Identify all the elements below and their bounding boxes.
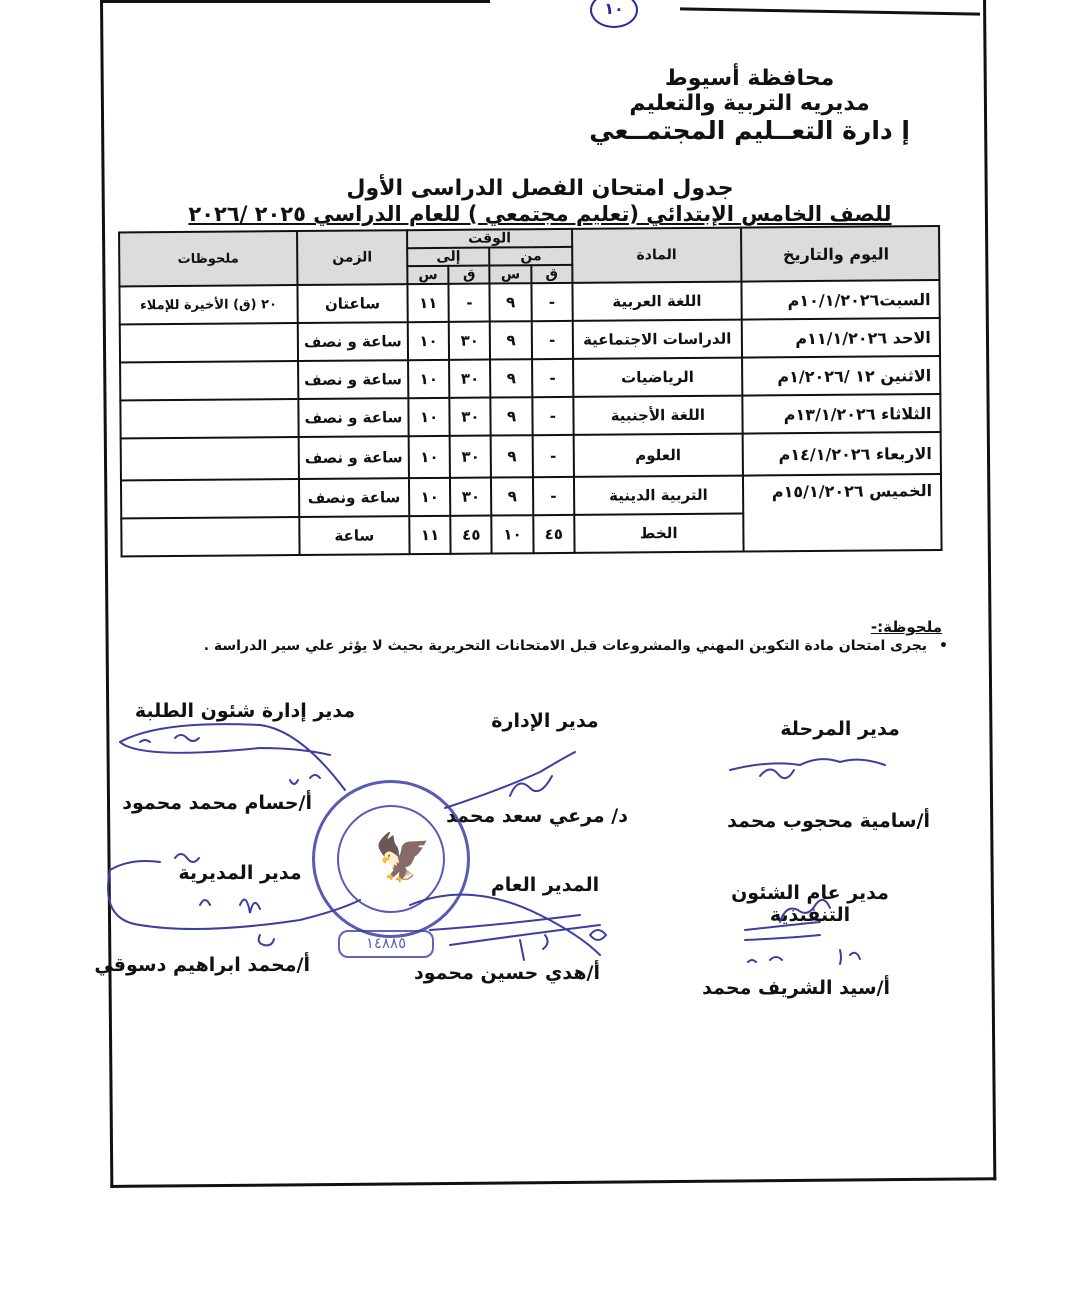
header-time: الوقت	[407, 229, 572, 248]
subject: اللغة العربية	[572, 282, 741, 321]
from-hour: ٩	[490, 321, 532, 359]
to-minute: ٣٠	[449, 360, 491, 398]
signature-directorate-director: مدير المديرية أ/محمد ابراهيم دسوقي	[170, 862, 310, 884]
signature-role: المدير العام	[480, 874, 610, 896]
signature-admin-director: مدير الإدارة د/ مرعي سعد محمد	[470, 710, 620, 732]
signature-name: أ/سيد الشريف محمد	[702, 977, 890, 999]
governorate: محافظة أسيوط	[589, 66, 910, 91]
from-minute: -	[531, 321, 573, 359]
from-hour: ١٠	[492, 515, 534, 553]
from-minute: -	[532, 435, 574, 477]
signature-name: أ/حسام محمد محمود	[122, 792, 312, 814]
to-minute: -	[449, 284, 491, 322]
from-hour: ٩	[491, 477, 533, 515]
day-date: الخميس ١٥/١/٢٠٢٦م	[743, 474, 942, 552]
header-day-date: اليوم والتاريخ	[741, 226, 940, 282]
duration: ساعة و نصف	[298, 398, 408, 437]
subject: التربية الدينية	[574, 476, 743, 515]
notes	[120, 323, 298, 362]
duration: ساعة	[299, 516, 409, 555]
notes	[120, 361, 298, 400]
day-date: الاحد ١١/١/٢٠٢٦م	[741, 318, 940, 358]
duration: ساعة و نصف	[298, 322, 408, 361]
to-minute: ٣٠	[449, 322, 491, 360]
from-hour: ٩	[491, 359, 533, 397]
header-duration: الزمن	[297, 230, 407, 285]
table-row: الثلاثاء ١٣/١/٢٠٢٦م اللغة الأجنبية - ٩ ٣…	[120, 394, 940, 438]
from-minute: -	[532, 397, 574, 435]
stamp-inner-ring: 🦅	[337, 805, 445, 913]
from-minute: -	[531, 283, 573, 321]
from-minute: -	[533, 477, 575, 515]
subject: العلوم	[574, 434, 743, 477]
subject: اللغة الأجنبية	[573, 396, 742, 435]
to-hour: ١٠	[408, 322, 450, 360]
to-minute: ٣٠	[450, 478, 492, 516]
eagle-emblem-icon: 🦅	[374, 827, 410, 887]
from-minute: -	[532, 359, 574, 397]
schedule-title: جدول امتحان الفصل الدراسى الأول	[180, 176, 900, 201]
header-to: إلى	[407, 248, 490, 267]
to-minute: ٤٥	[451, 516, 493, 554]
duration: ساعتان	[297, 284, 407, 323]
day-date: الاربعاء ١٤/١/٢٠٢٦م	[742, 432, 941, 476]
header-to-minute: ق	[449, 266, 490, 284]
notes: ٢٠ (ق) الأخيرة للإملاء	[119, 285, 297, 324]
header-from-minute: ق	[531, 265, 572, 283]
day-date: السبت١٠/١/٢٠٢٦م	[741, 280, 940, 320]
official-stamp: 🦅	[312, 780, 470, 938]
header-from-hour: س	[490, 265, 531, 283]
signature-name: د/ مرعي سعد محمد	[446, 805, 628, 827]
table-row: الاربعاء ١٤/١/٢٠٢٦م العلوم - ٩ ٣٠ ١٠ ساع…	[121, 432, 941, 480]
exam-schedule-table: اليوم والتاريخ المادة الوقت الزمن ملحوظا…	[118, 225, 943, 557]
from-hour: ٩	[491, 397, 533, 435]
table-row: الخميس ١٥/١/٢٠٢٦م التربية الدينية - ٩ ٣٠…	[121, 474, 941, 518]
signature-role: مدير إدارة شئون الطلبة	[130, 700, 360, 722]
signature-exec-affairs: مدير عام الشئون التنفيذية أ/سيد الشريف م…	[690, 882, 930, 926]
from-minute: ٤٥	[533, 515, 575, 553]
to-hour: ١١	[409, 516, 451, 554]
letterhead: محافظة أسيوط مديريه التربية والتعليم إ د…	[589, 66, 910, 145]
table-row: الاثنين ١٢ /١/٢٠٢٦م الرياضيات - ٩ ٣٠ ١٠ …	[120, 356, 940, 400]
note-bullet: يجرى امتحان مادة التكوين المهني والمشروع…	[204, 638, 948, 654]
header-from: من	[490, 247, 573, 266]
signature-name: أ/هدي حسين محمود	[414, 962, 600, 984]
table-row: الاحد ١١/١/٢٠٢٦م الدراسات الاجتماعية - ٩…	[120, 318, 940, 362]
signature-student-affairs: مدير إدارة شئون الطلبة أ/حسام محمد محمود	[130, 700, 360, 722]
table-row: السبت١٠/١/٢٠٢٦م اللغة العربية - ٩ - ١١ س…	[119, 280, 939, 324]
duration: ساعة و نصف	[299, 436, 409, 479]
signature-role: مدير الإدارة	[470, 710, 620, 732]
directorate: مديريه التربية والتعليم	[589, 91, 910, 116]
note-title: ملحوظة:-	[871, 618, 942, 636]
from-hour: ٩	[491, 435, 533, 477]
to-hour: ١٠	[409, 478, 451, 516]
signature-name: أ/محمد ابراهيم دسوقي	[94, 954, 310, 976]
header-to-hour: س	[407, 266, 448, 284]
header-notes: ملحوظات	[119, 231, 297, 286]
header-subject: المادة	[572, 228, 741, 283]
subject: الدراسات الاجتماعية	[573, 320, 742, 359]
to-minute: ٣٠	[450, 398, 492, 436]
notes	[121, 517, 299, 556]
department: إ دارة التعــليم المجتمــعي	[589, 117, 910, 146]
to-minute: ٣٠	[450, 436, 492, 478]
subject: الرياضيات	[573, 358, 742, 397]
signature-role: مدير المديرية	[170, 862, 310, 884]
day-date: الثلاثاء ١٣/١/٢٠٢٦م	[742, 394, 941, 434]
to-hour: ١٠	[409, 436, 451, 478]
signature-general-director: المدير العام أ/هدي حسين محمود	[480, 874, 610, 896]
duration: ساعة ونصف	[299, 478, 409, 517]
to-hour: ١١	[407, 284, 449, 322]
notes	[121, 479, 299, 518]
signature-name: أ/سامية محجوب محمد	[727, 810, 930, 832]
signature-role: مدير عام الشئون التنفيذية	[690, 882, 930, 926]
subject: الخط	[574, 514, 743, 553]
duration: ساعة و نصف	[298, 360, 408, 399]
to-hour: ١٠	[408, 398, 450, 436]
signature-role: مدير المرحلة	[740, 718, 940, 740]
from-hour: ٩	[490, 283, 532, 321]
to-hour: ١٠	[408, 360, 450, 398]
stamp-number: ١٤٨٨٥	[338, 930, 434, 958]
signature-stage-director: مدير المرحلة أ/سامية محجوب محمد	[740, 718, 940, 740]
notes	[121, 437, 299, 480]
day-date: الاثنين ١٢ /١/٢٠٢٦م	[742, 356, 941, 396]
notes	[120, 399, 298, 438]
